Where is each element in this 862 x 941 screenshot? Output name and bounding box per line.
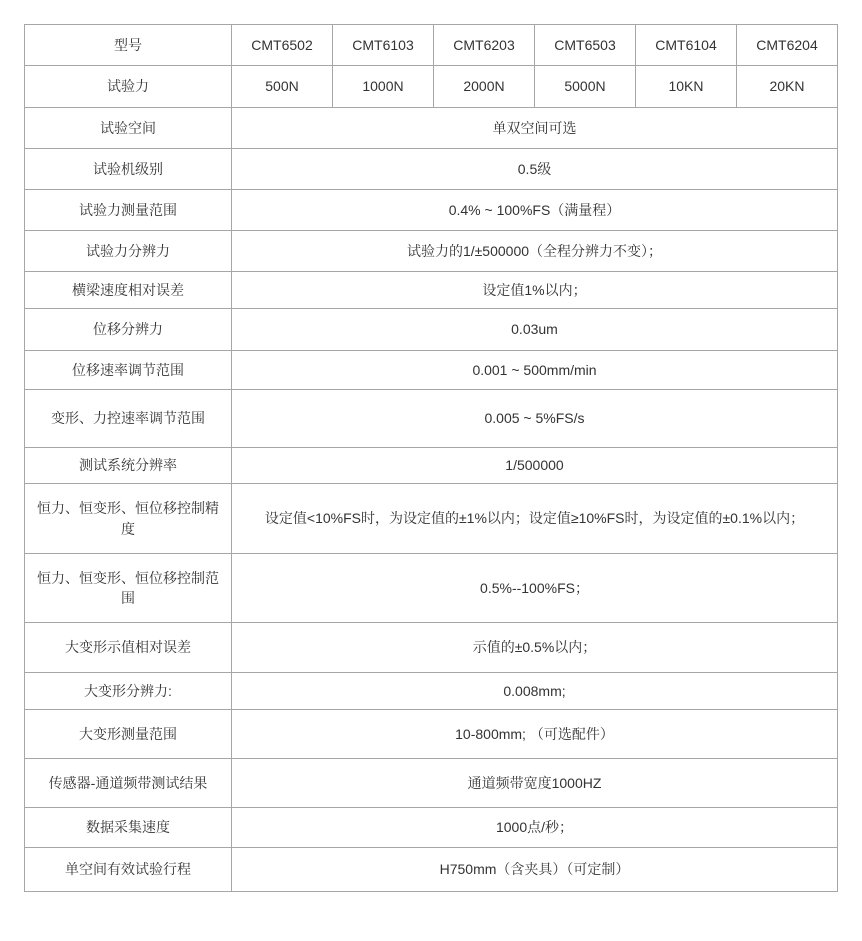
table-row-spec: 位移分辨力 0.03um — [25, 309, 838, 351]
spec-value-cell: 10-800mm; （可选配件） — [232, 710, 838, 759]
row-label-model: 型号 — [25, 25, 232, 66]
spec-table: 型号 CMT6502 CMT6103 CMT6203 CMT6503 CMT61… — [24, 24, 838, 892]
table-row-spec: 试验空间 单双空间可选 — [25, 108, 838, 149]
model-cell: CMT6103 — [333, 25, 434, 66]
spec-value-cell: 1000点/秒； — [232, 808, 838, 848]
table-row-spec: 位移速率调节范围 0.001 ~ 500mm/min — [25, 351, 838, 390]
spec-value-cell: 示值的±0.5%以内； — [232, 623, 838, 673]
spec-value-cell: 0.4% ~ 100%FS（满量程） — [232, 190, 838, 231]
table-row-model: 型号 CMT6502 CMT6103 CMT6203 CMT6503 CMT61… — [25, 25, 838, 66]
spec-label-cell: 单空间有效试验行程 — [25, 848, 232, 892]
force-cell: 2000N — [434, 66, 535, 108]
model-cell: CMT6502 — [232, 25, 333, 66]
spec-value-cell: 1/500000 — [232, 448, 838, 484]
model-cell: CMT6503 — [535, 25, 636, 66]
model-cell: CMT6104 — [636, 25, 737, 66]
force-cell: 10KN — [636, 66, 737, 108]
spec-label-cell: 恒力、恒变形、恒位移控制精度 — [25, 484, 232, 554]
spec-value-cell: 设定值1%以内； — [232, 272, 838, 309]
spec-label-cell: 试验空间 — [25, 108, 232, 149]
spec-value-cell: 单双空间可选 — [232, 108, 838, 149]
table-row-spec: 试验力分辨力 试验力的1/±500000（全程分辨力不变）； — [25, 231, 838, 272]
spec-label-cell: 试验机级别 — [25, 149, 232, 190]
spec-label-cell: 横梁速度相对误差 — [25, 272, 232, 309]
table-row-spec: 恒力、恒变形、恒位移控制精度 设定值<10%FS时，为设定值的±1%以内；设定值… — [25, 484, 838, 554]
spec-value-cell: 0.008mm; — [232, 673, 838, 710]
row-label-force: 试验力 — [25, 66, 232, 108]
spec-label-cell: 大变形示值相对误差 — [25, 623, 232, 673]
spec-value-cell: 0.5%--100%FS； — [232, 554, 838, 623]
spec-value-cell: 0.001 ~ 500mm/min — [232, 351, 838, 390]
spec-label-cell: 位移分辨力 — [25, 309, 232, 351]
table-row-spec: 单空间有效试验行程 H750mm（含夹具）（可定制） — [25, 848, 838, 892]
table-row-spec: 传感器-通道频带测试结果 通道频带宽度1000HZ — [25, 759, 838, 808]
spec-value-cell: 设定值<10%FS时，为设定值的±1%以内；设定值≥10%FS时，为设定值的±0… — [232, 484, 838, 554]
spec-value-cell: H750mm（含夹具）（可定制） — [232, 848, 838, 892]
spec-value-cell: 0.03um — [232, 309, 838, 351]
force-cell: 1000N — [333, 66, 434, 108]
force-cell: 5000N — [535, 66, 636, 108]
table-row-spec: 恒力、恒变形、恒位移控制范围 0.5%--100%FS； — [25, 554, 838, 623]
force-cell: 20KN — [737, 66, 838, 108]
spec-label-cell: 恒力、恒变形、恒位移控制范围 — [25, 554, 232, 623]
spec-value-cell: 0.005 ~ 5%FS/s — [232, 390, 838, 448]
spec-value-cell: 试验力的1/±500000（全程分辨力不变）； — [232, 231, 838, 272]
table-row-spec: 大变形示值相对误差 示值的±0.5%以内； — [25, 623, 838, 673]
spec-label-cell: 变形、力控速率调节范围 — [25, 390, 232, 448]
spec-label-cell: 大变形测量范围 — [25, 710, 232, 759]
spec-label-cell: 试验力分辨力 — [25, 231, 232, 272]
spec-label-cell: 测试系统分辨率 — [25, 448, 232, 484]
spec-label-cell: 大变形分辨力: — [25, 673, 232, 710]
table-row-spec: 测试系统分辨率 1/500000 — [25, 448, 838, 484]
force-cell: 500N — [232, 66, 333, 108]
spec-label-cell: 位移速率调节范围 — [25, 351, 232, 390]
table-row-spec: 数据采集速度 1000点/秒； — [25, 808, 838, 848]
model-cell: CMT6204 — [737, 25, 838, 66]
table-row-spec: 大变形分辨力: 0.008mm; — [25, 673, 838, 710]
spec-value-cell: 0.5级 — [232, 149, 838, 190]
spec-label-cell: 数据采集速度 — [25, 808, 232, 848]
table-row-spec: 横梁速度相对误差 设定值1%以内； — [25, 272, 838, 309]
table-row-spec: 变形、力控速率调节范围 0.005 ~ 5%FS/s — [25, 390, 838, 448]
table-row-spec: 大变形测量范围 10-800mm; （可选配件） — [25, 710, 838, 759]
spec-value-cell: 通道频带宽度1000HZ — [232, 759, 838, 808]
spec-label-cell: 试验力测量范围 — [25, 190, 232, 231]
spec-page: 型号 CMT6502 CMT6103 CMT6203 CMT6503 CMT61… — [0, 24, 862, 941]
spec-label-cell: 传感器-通道频带测试结果 — [25, 759, 232, 808]
model-cell: CMT6203 — [434, 25, 535, 66]
table-row-spec: 试验机级别 0.5级 — [25, 149, 838, 190]
table-row-force: 试验力 500N 1000N 2000N 5000N 10KN 20KN — [25, 66, 838, 108]
table-row-spec: 试验力测量范围 0.4% ~ 100%FS（满量程） — [25, 190, 838, 231]
